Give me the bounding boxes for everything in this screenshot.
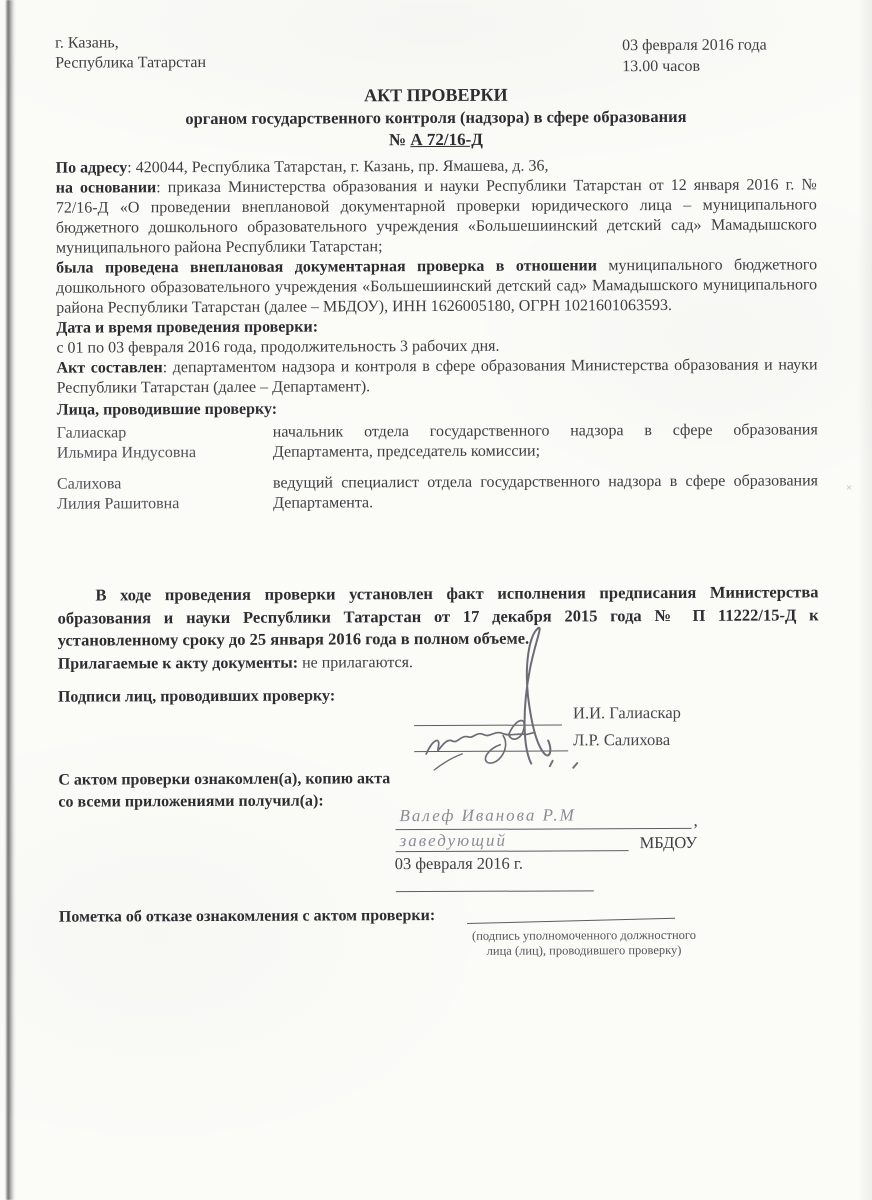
acknowledgement-date: 03 февраля 2016 г. bbox=[395, 854, 523, 875]
place-line-2: Республика Татарстан bbox=[55, 53, 206, 74]
doc-time: 13.00 часов bbox=[622, 56, 767, 78]
paragraph-conducted: была проведена внеплановая документарная… bbox=[56, 255, 817, 318]
persons-label: Лица, проводившие проверку: bbox=[57, 397, 818, 420]
org-name: МБДОУ bbox=[640, 833, 698, 853]
paragraph-attachments: Прилагаемые к акту документы: не прилага… bbox=[58, 651, 819, 674]
header-place: г. Казань, Республика Татарстан bbox=[55, 33, 206, 74]
refusal-signature-line bbox=[467, 905, 675, 924]
paragraph-basis: на основании: приказа Министерства образ… bbox=[56, 175, 817, 258]
refusal-label: Пометка об отказе ознакомления с актом п… bbox=[59, 906, 435, 928]
inspector-name: Галиаскар Ильмира Индусовна bbox=[57, 423, 273, 464]
doc-body: По адресу: 420044, Республика Татарстан,… bbox=[56, 155, 819, 514]
doc-date: 03 февраля 2016 года bbox=[622, 35, 767, 57]
place-line-1: г. Казань, bbox=[55, 33, 206, 54]
comma: , bbox=[693, 811, 697, 831]
inspectors-list: Галиаскар Ильмира Индусовна начальник от… bbox=[57, 420, 818, 514]
inspector-row: Галиаскар Ильмира Индусовна начальник от… bbox=[57, 420, 818, 463]
scanned-document-page: × г. Казань, Республика Татарстан 03 фев… bbox=[0, 0, 872, 1200]
signature-salikhova bbox=[424, 724, 536, 772]
doc-title-block: АКТ ПРОВЕРКИ органом государственного ко… bbox=[55, 82, 816, 152]
header-datetime: 03 февраля 2016 года 13.00 часов bbox=[622, 35, 767, 78]
doc-number: № А 72/16-Д bbox=[55, 127, 816, 152]
scan-artifact bbox=[572, 762, 579, 769]
signer-name-1: И.И. Галиаскар bbox=[573, 703, 681, 723]
recipient-role-line bbox=[396, 837, 629, 852]
inspector-row: Салихова Лилия Рашитовна ведущий специал… bbox=[57, 471, 818, 514]
blank-signature-line bbox=[396, 877, 594, 892]
refusal-caption: (подпись уполномоченного должностного ли… bbox=[460, 928, 708, 959]
paragraph-conclusion: В ходе проведения проверки установлен фа… bbox=[57, 581, 818, 652]
signer-name-2: Л.Р. Салихова bbox=[573, 730, 670, 750]
recipient-name-line bbox=[395, 815, 691, 830]
inspector-role: начальник отдела государственного надзор… bbox=[273, 420, 818, 462]
inspector-role: ведущий специалист отдела государственно… bbox=[273, 471, 818, 513]
doc-subtitle: органом государственного контроля (надзо… bbox=[55, 104, 816, 130]
doc-number-value: А 72/16-Д bbox=[410, 130, 483, 149]
signatures-title: Подписи лиц, проводивших проверку: bbox=[58, 686, 335, 707]
inspector-name: Салихова Лилия Рашитовна bbox=[57, 474, 273, 515]
paragraph-act: Акт составлен: департаментом надзора и к… bbox=[56, 355, 817, 398]
